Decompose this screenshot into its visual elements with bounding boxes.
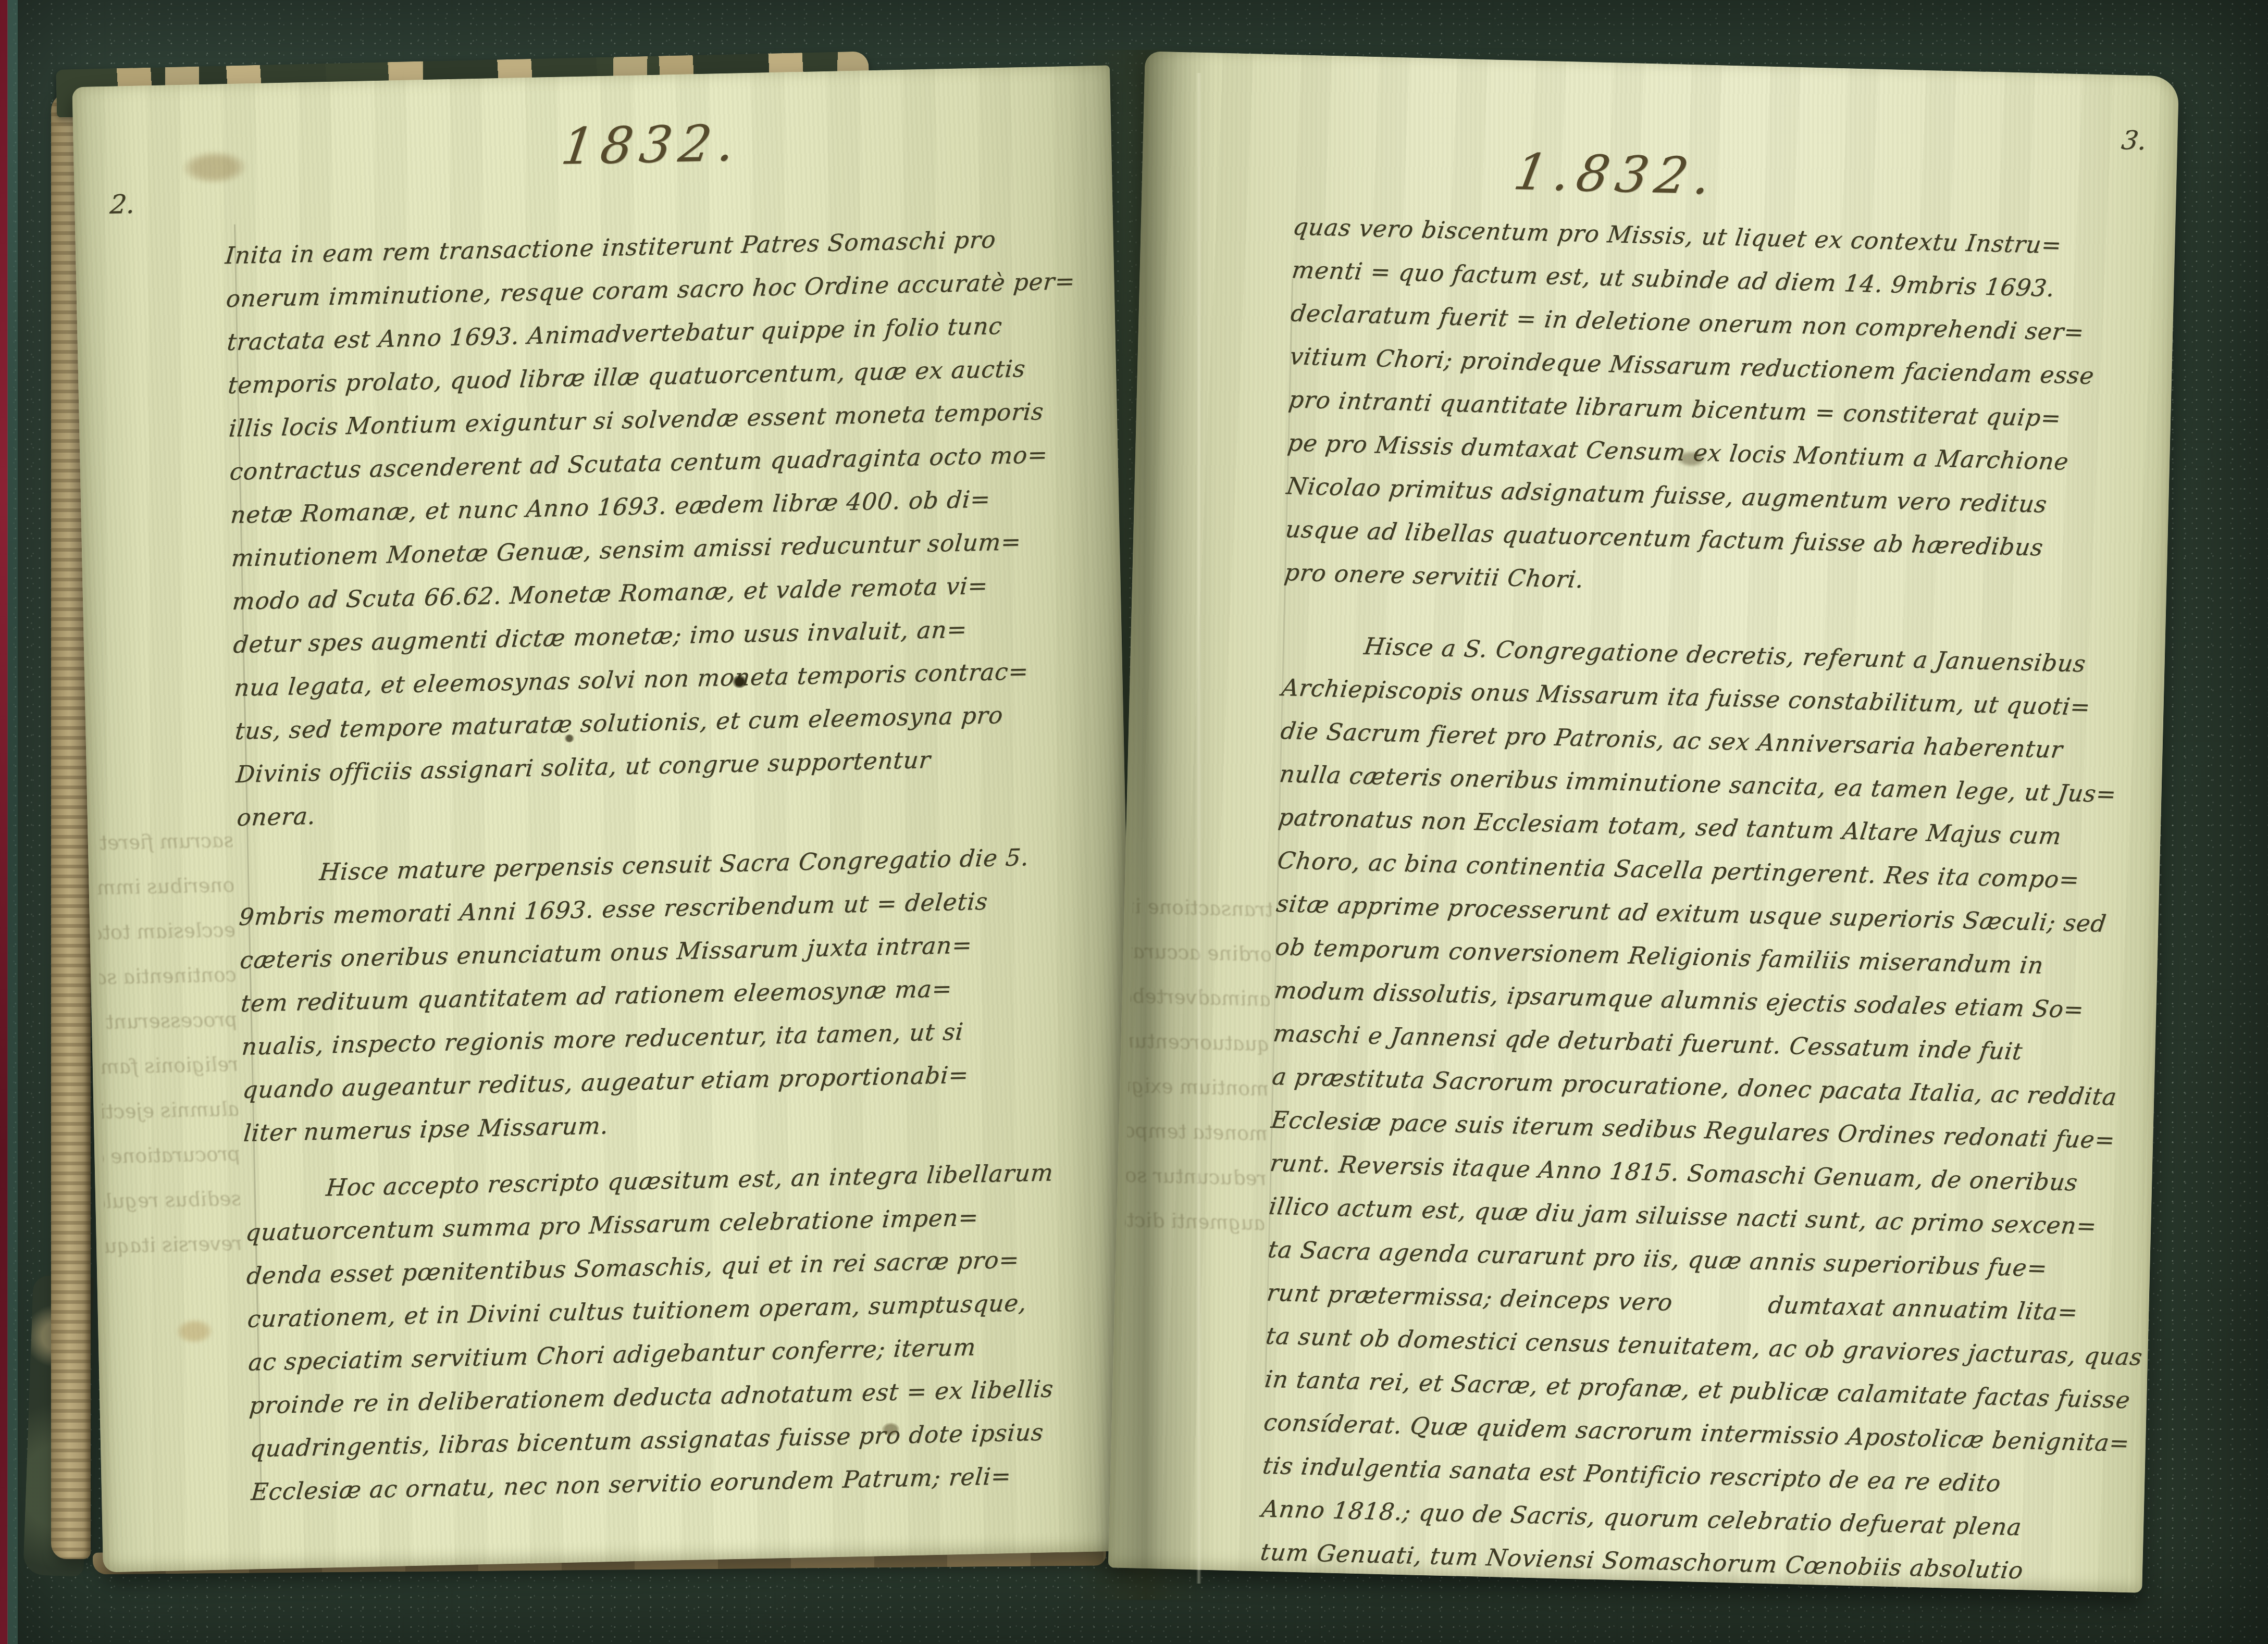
- ghost-text-line: sacrum fieret pro: [96, 829, 234, 877]
- bleed-through-ghost-text: sacrum fieret prooneribus imminutioneecc…: [96, 829, 246, 1488]
- bleed-through-ghost-text: transactione instiordine accurate perani…: [1120, 895, 1273, 1445]
- folio-number: 3.: [2120, 125, 2148, 156]
- ghost-text-line: moneta temporis: [1124, 1119, 1269, 1167]
- manuscript-line-text: pro onere servitii Chori.: [1282, 553, 1587, 600]
- ghost-text-line: animadvertebatur: [1127, 985, 1272, 1032]
- ghost-text-line: continentia sacella: [97, 963, 238, 1011]
- ghost-text-line: procuratione donec: [101, 1142, 241, 1190]
- ghost-text-line: montium exiguntur: [1125, 1074, 1270, 1122]
- ghost-text-line: reversis itaque anno: [103, 1232, 243, 1280]
- foxing-stain: [176, 1319, 213, 1343]
- year-heading: 1.832.: [1429, 141, 1804, 208]
- ghost-text-line: oneribus imminutione: [96, 874, 236, 921]
- ghost-text-line: processerunt ad exitum: [98, 1008, 239, 1056]
- foxing-stain: [183, 151, 246, 183]
- manuscript-right-page: 3. 1.832. quas vero biscentum pro Missis…: [1108, 51, 2179, 1593]
- ghost-text-line: ordine accurate per: [1129, 940, 1273, 988]
- ghost-text-line: sedibus regulares: [102, 1187, 242, 1235]
- manuscript-text-block: quas vero biscentum pro Missis, ut lique…: [1260, 207, 2168, 1597]
- ghost-text-line: reducuntur solum: [1123, 1164, 1268, 1212]
- paragraph: quas vero biscentum pro Missis, ut lique…: [1284, 207, 2168, 617]
- manuscript-line-text: onera.: [236, 796, 318, 838]
- manuscript-text-block: Inita in eam rem transactione institerun…: [225, 218, 1130, 1516]
- folio-number: 2.: [109, 189, 137, 220]
- ghost-text-line: augmenti dictæ: [1122, 1209, 1267, 1256]
- paragraph: Inita in eam rem transactione institerun…: [225, 218, 1116, 841]
- scan-bed-red-strip: [0, 0, 8, 1644]
- ghost-text-line: quatuorcentum quæ: [1126, 1029, 1271, 1077]
- manuscript-left-page: 2. 1832. Inita in eam rem transactione i…: [72, 65, 1141, 1572]
- ghost-text-line: alumnis ejectis soda: [100, 1098, 240, 1145]
- photograph-of-open-manuscript: 2. 1832. Inita in eam rem transactione i…: [0, 0, 2268, 1644]
- paragraph: Hoc accepto rescripto quæsitum est, an i…: [244, 1151, 1131, 1515]
- year-heading: 1832.: [434, 111, 869, 179]
- paragraph: Hisce a S. Congregatione decretis, refer…: [1260, 625, 2158, 1597]
- scan-bed-teal-strip: [7, 0, 18, 1644]
- manuscript-line-text: liter numerus ipse Missarum.: [242, 1106, 610, 1153]
- ghost-text-line: religionis familiis: [100, 1053, 240, 1101]
- ghost-text-line: ecclesiam totam sed: [96, 918, 237, 966]
- ghost-text-line: transactione insti: [1130, 895, 1273, 943]
- paragraph: Hisce mature perpensis censuit Sacra Con…: [238, 836, 1123, 1157]
